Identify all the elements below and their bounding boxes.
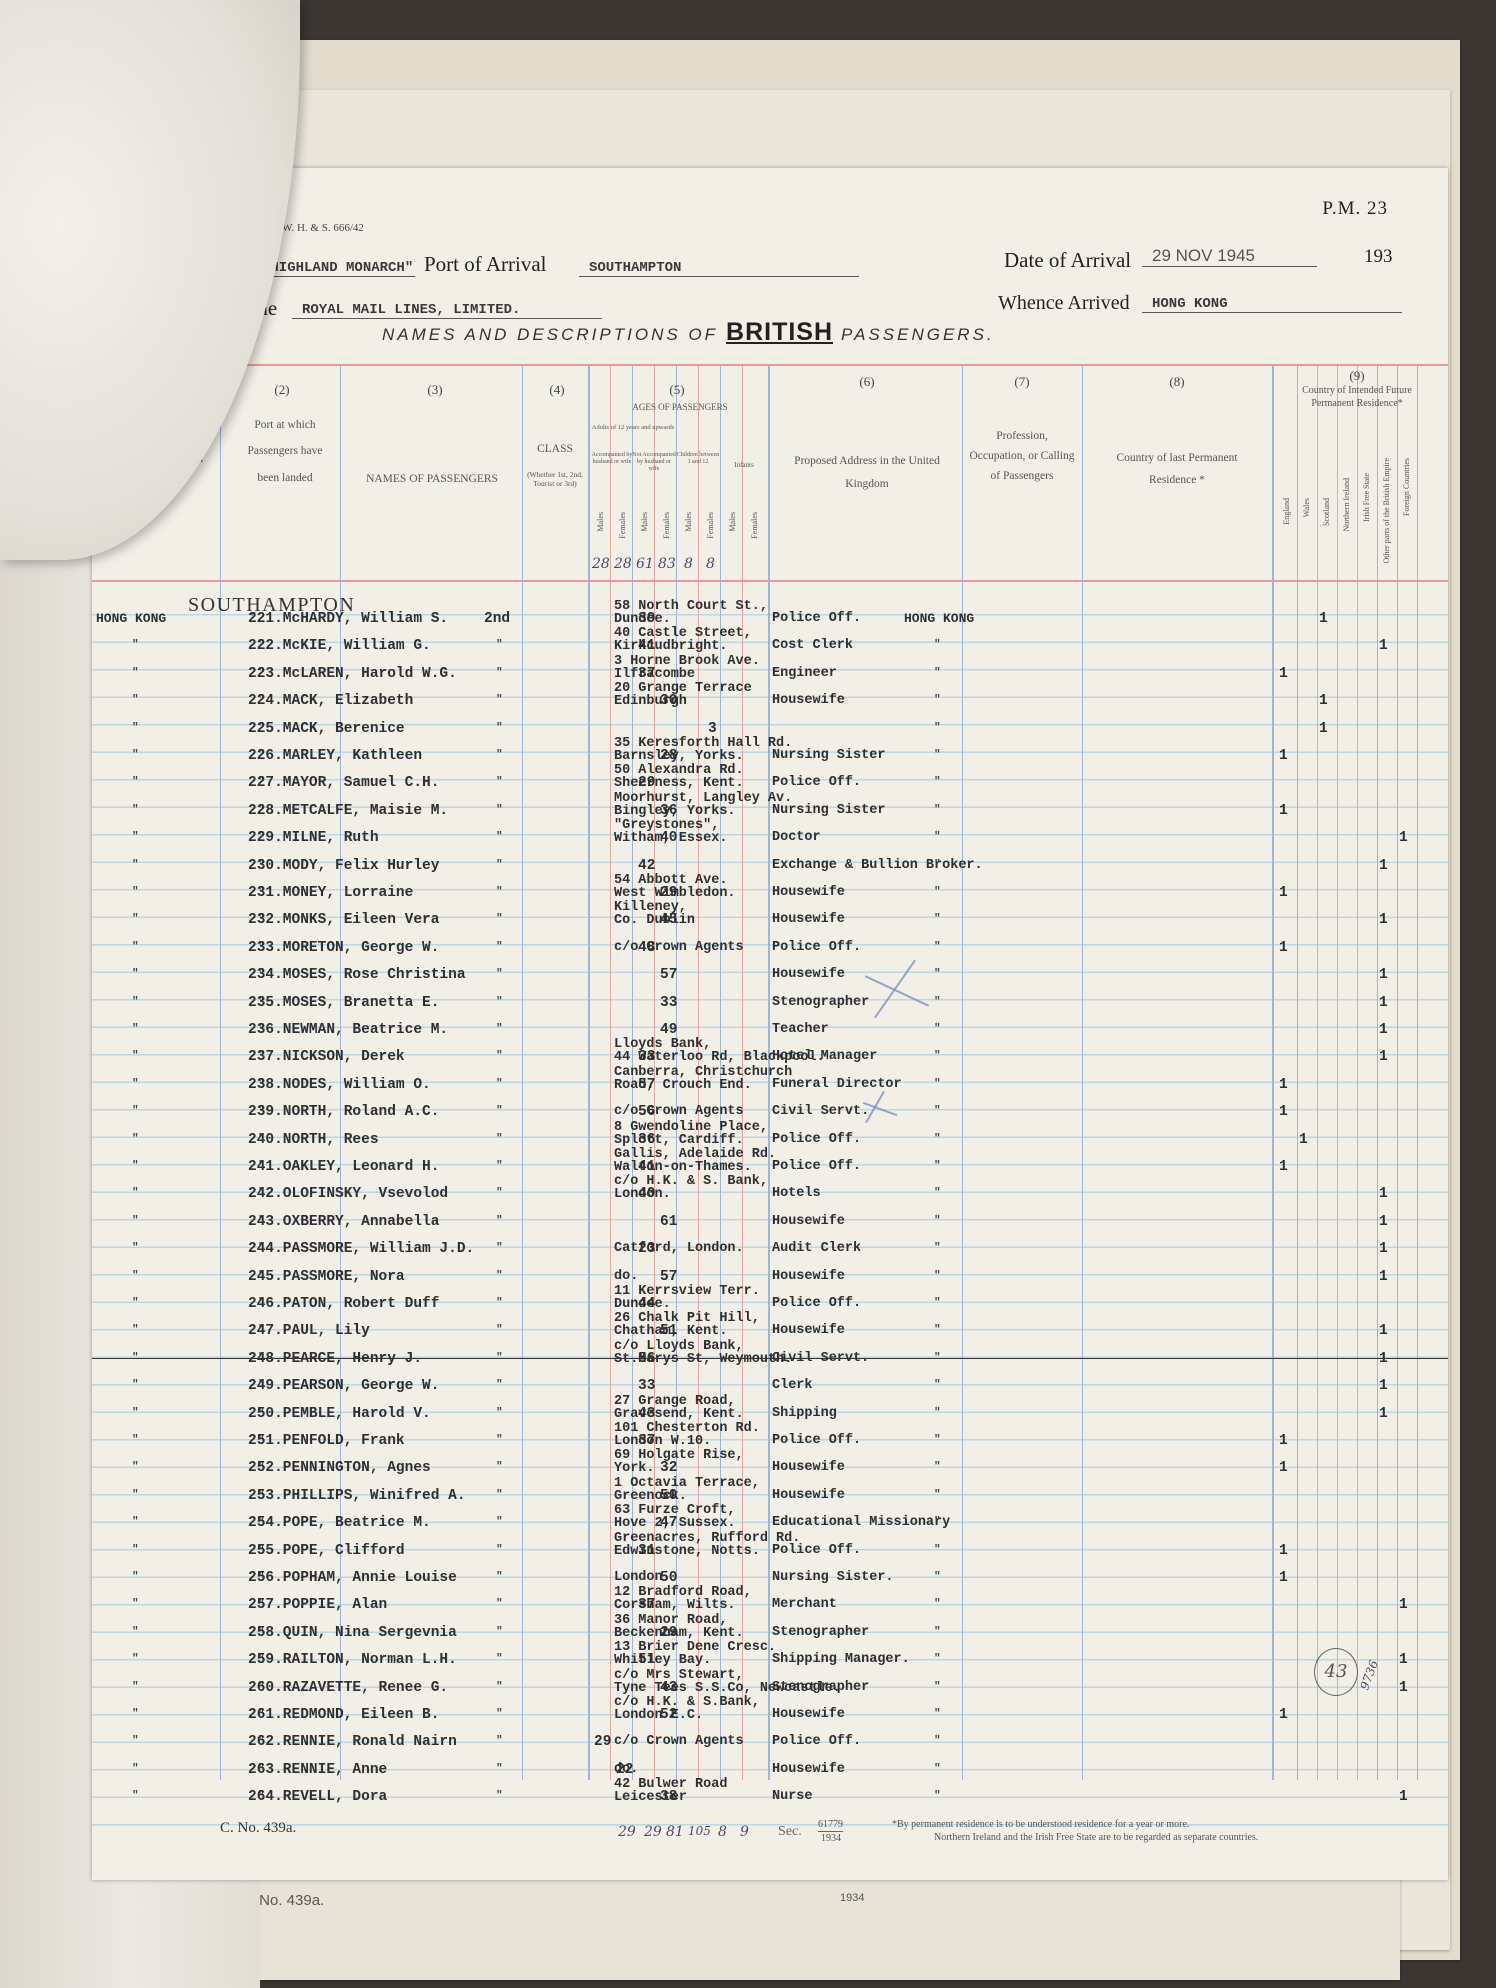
future-residence-mark: 1 [1279,1105,1288,1119]
col4-subheader: (Whether 1st, 2nd, Tourist or 3rd) [524,470,586,488]
last-residence-ditto: " [934,1516,941,1528]
address-line-2: Witham, Essex. [614,832,727,846]
future-residence-mark: 1 [1379,996,1388,1010]
address-line-2: Gravesend, Kent. [614,1408,744,1422]
future-residence-mark: 1 [1399,1598,1408,1612]
sec-label: Sec. [778,1824,802,1840]
passenger-row: ""226.MARLEY, Kathleen"2835 Keresforth H… [92,741,1448,768]
passenger-row: ""223.McLAREN, Harold W.G."373 Horne Bro… [92,659,1448,686]
tally-f-notacc: 83 [658,556,676,572]
last-residence: HONG KONG [904,612,974,626]
passenger-row: ""260.RAZAVETTE, Renee G."43c/o Mrs Stew… [92,1673,1448,1700]
passenger-name: 259.RAILTON, Norman L.H. [248,1653,457,1667]
passenger-class-ditto: " [496,1708,503,1720]
passenger-class-ditto: " [496,859,503,871]
port-of-embarkation-ditto: " [132,1215,139,1227]
last-residence-ditto: " [934,1242,941,1254]
last-residence-ditto: " [934,1270,941,1282]
occupation: Teacher [772,1023,829,1037]
page-title: NAMES AND DESCRIPTIONS OFBRITISHPASSENGE… [382,318,995,347]
passenger-row: ""244.PASSMORE, William J.D."23Catford, … [92,1234,1448,1261]
passenger-name: 233.MORETON, George W. [248,941,439,955]
address-line-2: Ilfracombe [614,668,695,682]
port-of-embarkation-ditto: " [132,722,139,734]
last-residence-ditto: " [934,1078,941,1090]
tally-f-child: 8 [706,556,715,572]
last-residence-ditto: " [934,1187,941,1199]
tally-f-acc: 28 [614,556,632,572]
strikethrough-line [92,1358,1448,1359]
port-of-embarkation-ditto: " [132,1790,139,1802]
passenger-class-ditto: " [496,1653,503,1665]
passenger-name: 224.MACK, Elizabeth [248,694,413,708]
last-residence-ditto: " [934,1050,941,1062]
passenger-class-ditto: " [496,694,503,706]
passenger-class-ditto: " [496,1407,503,1419]
occupation: Funeral Director [772,1078,902,1092]
last-residence-ditto: " [934,968,941,980]
passenger-class-ditto: " [496,1544,503,1556]
future-residence-mark: 1 [1379,1407,1388,1421]
address-line-1: c/o Crown Agents [614,941,744,955]
passenger-row: ""262.RENNIE, Ronald Nairn"29c/o Crown A… [92,1727,1448,1754]
occupation: Audit Clerk [772,1242,861,1256]
passenger-name: 264.REVELL, Dora [248,1790,387,1804]
passenger-name: 222.McKIE, William G. [248,639,431,653]
passenger-name: 249.PEARSON, George W. [248,1379,439,1393]
last-residence-ditto: " [934,749,941,761]
last-residence-ditto: " [934,1571,941,1583]
passenger-age: 57 [660,1270,677,1284]
passenger-name: 243.OXBERRY, Annabella [248,1215,439,1229]
passenger-row: ""261.REDMOND, Eileen B."52c/o H.K. & S.… [92,1700,1448,1727]
passenger-name: 251.PENFOLD, Frank [248,1434,405,1448]
passenger-name: 248.PEARCE, Henry J. [248,1352,422,1366]
port-of-embarkation-ditto: " [132,1187,139,1199]
port-of-embarkation-ditto: " [132,859,139,871]
occupation: Merchant [772,1598,837,1612]
passenger-name: 231.MONEY, Lorraine [248,886,413,900]
last-residence-ditto: " [934,1133,941,1145]
last-residence-ditto: " [934,1297,941,1309]
total-m-child: 8 [718,1824,727,1840]
passenger-name: 245.PASSMORE, Nora [248,1270,405,1284]
last-residence-ditto: " [934,996,941,1008]
last-residence-ditto: " [934,1544,941,1556]
port-of-embarkation-ditto: " [132,1270,139,1282]
port-of-embarkation-ditto: " [132,1078,139,1090]
last-residence-ditto: " [934,804,941,816]
passenger-name: 230.MODY, Felix Hurley [248,859,439,873]
occupation: Exchange & Bullion Broker. [772,859,983,873]
address-line-1: c/o Crown Agents [614,1735,744,1749]
footnote-residence: *By permanent residence is to be underst… [892,1818,1189,1831]
port-of-embarkation-ditto: " [132,1242,139,1254]
passenger-class-ditto: " [496,1516,503,1528]
passenger-row: ""239.NORTH, Roland A.C."56c/o Crown Age… [92,1097,1448,1124]
passenger-row: ""263.RENNIE, Anne"22do.Housewife" [92,1755,1448,1782]
passenger-row: ""230.MODY, Felix Hurley"42Exchange & Bu… [92,851,1448,878]
passenger-class-ditto: " [496,1078,503,1090]
last-residence-ditto: " [934,776,941,788]
occupation: Nursing Sister [772,804,885,818]
passenger-class-ditto: " [496,804,503,816]
passenger-name: 235.MOSES, Branetta E. [248,996,439,1010]
future-residence-mark: 1 [1379,913,1388,927]
date-of-arrival-label: Date of Arrival [1004,248,1131,273]
future-residence-mark: 1 [1379,1050,1388,1064]
col5-infants: Infants [720,460,768,471]
port-of-embarkation-ditto: " [132,1571,139,1583]
port-of-embarkation-ditto: " [132,1434,139,1446]
port-of-embarkation-ditto: " [132,1708,139,1720]
address-line-2: Corsham, Wilts. [614,1599,736,1613]
occupation: Civil Servt. [772,1105,869,1119]
passenger-class-ditto: " [496,1434,503,1446]
passenger-row: ""243.OXBERRY, Annabella"61Housewife"1 [92,1207,1448,1234]
passenger-name: 260.RAZAVETTE, Renee G. [248,1681,448,1695]
col5-children: Children between 1 and 12 [676,452,720,466]
passenger-row: ""264.REVELL, Dora"3842 Bulwer RoadLeice… [92,1782,1448,1809]
occupation: Police Off. [772,1133,861,1147]
sec-number: 61779 [818,1818,843,1832]
passenger-name: 232.MONKS, Eileen Vera [248,913,439,927]
port-of-embarkation-ditto: " [132,1544,139,1556]
header-rule-bottom [92,580,1448,582]
port-of-embarkation-ditto: " [132,941,139,953]
port-of-embarkation-ditto: " [132,886,139,898]
occupation: Police Off. [772,1297,861,1311]
future-residence-mark: 1 [1279,667,1288,681]
passenger-class-ditto: " [496,1270,503,1282]
address-line-1: Catford, London. [614,1242,744,1256]
passenger-class-ditto: " [496,941,503,953]
address-line-2: Leicester [614,1791,687,1805]
last-residence-ditto: " [934,1379,941,1391]
form-number: C. No. 439a. [220,1820,296,1837]
col7-number: (7) [997,374,1047,390]
passenger-class-ditto: " [496,1489,503,1501]
passenger-class-ditto: " [496,667,503,679]
steamship-line-field: ROYAL MAIL LINES, LIMITED. [292,302,602,319]
port-of-embarkation-ditto: " [132,1105,139,1117]
occupation: Nursing Sister [772,749,885,763]
col8-number: (8) [1152,374,1202,390]
future-residence-mark: 1 [1279,941,1288,955]
passenger-row: ""259.RAILTON, Norman L.H."5113 Brier De… [92,1645,1448,1672]
passenger-age: 32 [660,1461,677,1475]
port-of-arrival-field: SOUTHAMPTON [579,260,859,277]
passenger-class-ditto: " [496,1626,503,1638]
passenger-class-ditto: " [496,996,503,1008]
last-residence-ditto: " [934,1735,941,1747]
address-line-2: Edwinstone, Notts. [614,1545,760,1559]
passenger-class-ditto: " [496,776,503,788]
passenger-class-ditto: " [496,1379,503,1391]
col9-number: (9) [1332,368,1382,384]
port-of-embarkation-ditto: " [132,1160,139,1172]
passenger-age: 42 [638,859,655,873]
passenger-age: 57 [660,968,677,982]
address-line-2: Dundee. [614,613,671,627]
total-f-child: 9 [740,1824,749,1840]
occupation: Housewife [772,1708,845,1722]
address-line-1: c/o Crown Agents [614,1105,744,1119]
passenger-class-ditto: " [496,1215,503,1227]
last-residence-ditto: " [934,1489,941,1501]
occupation: Hotels [772,1187,821,1201]
port-of-embarkation-ditto: " [132,1050,139,1062]
occupation: Doctor [772,831,821,845]
col6-number: (6) [842,374,892,390]
future-residence-mark: 1 [1379,1324,1388,1338]
address-line-1: do. [614,1763,638,1777]
passenger-row: ""231.MONEY, Lorraine"2954 Abbott Ave.We… [92,878,1448,905]
passenger-row: ""255.POPE, Clifford"31Greenacres, Ruffo… [92,1536,1448,1563]
future-residence-mark: 1 [1279,749,1288,763]
port-of-embarkation-ditto: " [132,639,139,651]
passenger-row: HONG KONG"221.McHARDY, William S.2nd3958… [92,604,1448,631]
passenger-class: 2nd [484,612,510,626]
future-residence-mark: 1 [1279,804,1288,818]
header-rule-top [92,364,1448,366]
passenger-name: 225.MACK, Berenice [248,722,405,736]
col3-number: (3) [410,382,460,398]
date-of-arrival-field: 29 NOV 1945 [1142,246,1317,267]
address-line-2: Sheerness, Kent. [614,777,744,791]
port-of-embarkation-ditto: " [132,776,139,788]
address-line-2: St.Marys St, Weymouth. [614,1353,792,1367]
address-line-2: Bingley, Yorks. [614,805,736,819]
passenger-class-ditto: " [496,1598,503,1610]
last-residence-ditto: " [934,913,941,925]
title-emphasis: BRITISH [726,318,833,346]
passenger-name: 246.PATON, Robert Duff [248,1297,439,1311]
passenger-name: 241.OAKLEY, Leonard H. [248,1160,439,1174]
port-of-embarkation-ditto: " [132,667,139,679]
passenger-row: ""233.MORETON, George W."48c/o Crown Age… [92,933,1448,960]
occupation: Police Off. [772,1160,861,1174]
tally-m-acc: 28 [592,556,610,572]
last-residence-ditto: " [934,1105,941,1117]
occupation: Educational Missionary [772,1516,950,1530]
passenger-age: 61 [660,1215,677,1229]
passenger-age: 3 [708,722,717,736]
passenger-class-ditto: " [496,1681,503,1693]
passenger-name: 238.NODES, William O. [248,1078,431,1092]
passenger-class-ditto: " [496,913,503,925]
address-line-2: Beckenham, Kent. [614,1627,744,1641]
occupation: Nurse [772,1790,813,1804]
col4-header: CLASS [524,440,586,458]
tally-m-child: 8 [684,556,693,572]
port-of-arrival-label: Port of Arrival [424,252,546,277]
future-residence-mark: 1 [1279,1434,1288,1448]
col7-header: Profession, Occupation, or Calling of Pa… [967,426,1077,486]
whence-arrived-label: Whence Arrived [998,292,1130,315]
passenger-class-ditto: " [496,1023,503,1035]
port-of-embarkation-ditto: " [132,804,139,816]
port-of-embarkation-ditto: " [132,1735,139,1747]
future-residence-mark: 1 [1379,1379,1388,1393]
passenger-row: ""245.PASSMORE, Nora"57do.Housewife"1 [92,1262,1448,1289]
port-of-embarkation-ditto: " [132,1681,139,1693]
occupation: Police Off. [772,1735,861,1749]
occupation: Police Off. [772,1434,861,1448]
port-of-embarkation-ditto: " [132,913,139,925]
passenger-name: 247.PAUL, Lily [248,1324,370,1338]
last-residence-ditto: " [934,1434,941,1446]
passenger-name: 242.OLOFINSKY, Vsevolod [248,1187,448,1201]
total-f-acc: 29 [644,1824,662,1840]
last-residence-ditto: " [934,1023,941,1035]
address-line-1: London. [614,1571,671,1585]
port-of-embarkation-ditto: " [132,1324,139,1336]
passenger-name: 262.RENNIE, Ronald Nairn [248,1735,457,1749]
occupation: Housewife [772,886,845,900]
passenger-age: 49 [660,1023,677,1037]
port-of-embarkation-ditto: " [132,1516,139,1528]
last-residence-ditto: " [934,1790,941,1802]
passenger-row: ""228.METCALFE, Maisie M."36Moorhurst, L… [92,796,1448,823]
sec-year: 1934 [821,1832,841,1845]
underlying-sec-year: 1934 [840,1892,864,1904]
passenger-row: ""229.MILNE, Ruth"40"Greystones",Witham,… [92,823,1448,850]
total-f-notacc: 105 [688,1824,711,1838]
tally-m-notacc: 61 [636,556,654,572]
passenger-row: ""241.OAKLEY, Leonard H."41Gallis, Adela… [92,1152,1448,1179]
col6-header: Proposed Address in the United Kingdom [782,450,952,496]
occupation: Stenographer [772,996,869,1010]
address-line-2: London W.10. [614,1435,711,1449]
passenger-row: ""236.NEWMAN, Beatrice M."49Teacher"1 [92,1015,1448,1042]
port-of-embarkation-ditto: " [132,1379,139,1391]
port-of-embarkation-ditto: " [132,1133,139,1145]
port-of-embarkation-ditto: " [132,996,139,1008]
passenger-manifest-sheet: 12,500 2/38 W. H. & S. 666/42 P.M. 23 Sh… [92,168,1448,1880]
col2-number: (2) [257,382,307,398]
occupation: Housewife [772,913,845,927]
future-residence-mark: 1 [1379,1023,1388,1037]
port-of-embarkation-ditto: " [132,1407,139,1419]
address-line-2: West Wimbledon. [614,887,736,901]
passenger-class-ditto: " [496,1571,503,1583]
port-of-embarkation-ditto: " [132,831,139,843]
passenger-name: 250.PEMBLE, Harold V. [248,1407,431,1421]
address-line-2: Hove 2, Sussex. [614,1517,736,1531]
future-residence-mark: 1 [1279,1160,1288,1174]
passenger-class-ditto: " [496,1105,503,1117]
passenger-age: 33 [638,1379,655,1393]
passenger-row: ""224.MACK, Elizabeth"3020 Grange Terrac… [92,686,1448,713]
last-residence-ditto: " [934,722,941,734]
occupation: Police Off. [772,776,861,790]
col3-header: NAMES OF PASSENGERS [342,470,522,488]
last-residence-ditto: " [934,859,941,871]
future-residence-mark: 1 [1279,886,1288,900]
last-residence-ditto: " [934,941,941,953]
port-of-embarkation: HONG KONG [96,612,166,626]
passenger-name: 237.NICKSON, Derek [248,1050,405,1064]
future-residence-mark: 1 [1299,1133,1308,1147]
occupation: Housewife [772,1763,845,1777]
passenger-class-ditto: " [496,722,503,734]
address-line-2: Whitley Bay. [614,1654,711,1668]
port-of-embarkation-ditto: " [132,1598,139,1610]
passenger-name: 263.RENNIE, Anne [248,1763,387,1777]
last-residence-ditto: " [934,886,941,898]
passenger-age: 33 [660,996,677,1010]
future-residence-mark: 1 [1379,639,1388,653]
port-of-embarkation-ditto: " [132,694,139,706]
port-of-embarkation-ditto: " [132,749,139,761]
passenger-name: 234.MOSES, Rose Christina [248,968,466,982]
occupation: Shipping [772,1407,837,1421]
passenger-class-ditto: " [496,1050,503,1062]
total-m-notacc: 81 [666,1824,684,1840]
address-line-2: Kirkcudbright. [614,640,727,654]
address-line-2: Co. Dublin [614,914,695,928]
passenger-name: 229.MILNE, Ruth [248,831,379,845]
passenger-class-ditto: " [496,968,503,980]
future-residence-mark: 1 [1379,1242,1388,1256]
passenger-name: 228.METCALFE, Maisie M. [248,804,448,818]
last-residence-ditto: " [934,694,941,706]
occupation: Police Off. [772,612,861,626]
occupation: Shipping Manager. [772,1653,910,1667]
passenger-row: ""232.MONKS, Eileen Vera"45Killeney,Co. … [92,905,1448,932]
occupation: Housewife [772,1489,845,1503]
col8-header: Country of last Permanent Residence * [1092,448,1262,492]
port-of-embarkation-ditto: " [132,1023,139,1035]
passenger-name: 221.McHARDY, William S. [248,612,448,626]
passenger-name: 239.NORTH, Roland A.C. [248,1105,439,1119]
future-residence-mark: 1 [1379,1352,1388,1366]
circled-annotation: 43 [1314,1648,1358,1696]
port-of-embarkation-ditto: " [132,1461,139,1473]
passenger-name: 236.NEWMAN, Beatrice M. [248,1023,448,1037]
passenger-class-ditto: " [496,1187,503,1199]
passenger-name: 257.POPPIE, Alan [248,1598,387,1612]
occupation: Nursing Sister. [772,1571,894,1585]
occupation: Stenographer [772,1626,869,1640]
future-residence-mark: 1 [1399,831,1408,845]
passenger-row: ""235.MOSES, Branetta E."33Stenographer"… [92,988,1448,1015]
occupation: Hotel Manager [772,1050,877,1064]
future-residence-mark: 1 [1279,1708,1288,1722]
passenger-row: ""250.PEMBLE, Harold V."4327 Grange Road… [92,1399,1448,1426]
last-residence-ditto: " [934,1324,941,1336]
occupation: Police Off. [772,1544,861,1558]
passenger-row: ""247.PAUL, Lily"5126 Chalk Pit Hill,Cha… [92,1316,1448,1343]
passenger-row: ""249.PEARSON, George W."33Clerk"1 [92,1371,1448,1398]
future-residence-mark: 1 [1319,694,1328,708]
passenger-class-ditto: " [496,1324,503,1336]
address-line-2: London. [614,1188,671,1202]
passenger-row: ""246.PATON, Robert Duff"4411 Kerrsview … [92,1289,1448,1316]
passenger-name: 254.POPE, Beatrice M. [248,1516,431,1530]
last-residence-ditto: " [934,1681,941,1693]
passenger-class-ditto: " [496,886,503,898]
address-line-2: London E.C. [614,1709,703,1723]
passenger-name: 252.PENNINGTON, Agnes [248,1461,431,1475]
future-residence-mark: 1 [1319,612,1328,626]
col5-header: AGES OF PASSENGERS [590,400,770,414]
passenger-class-ditto: " [496,1242,503,1254]
last-residence-ditto: " [934,1598,941,1610]
passenger-class-ditto: " [496,1735,503,1747]
passenger-name: 240.NORTH, Rees [248,1133,379,1147]
